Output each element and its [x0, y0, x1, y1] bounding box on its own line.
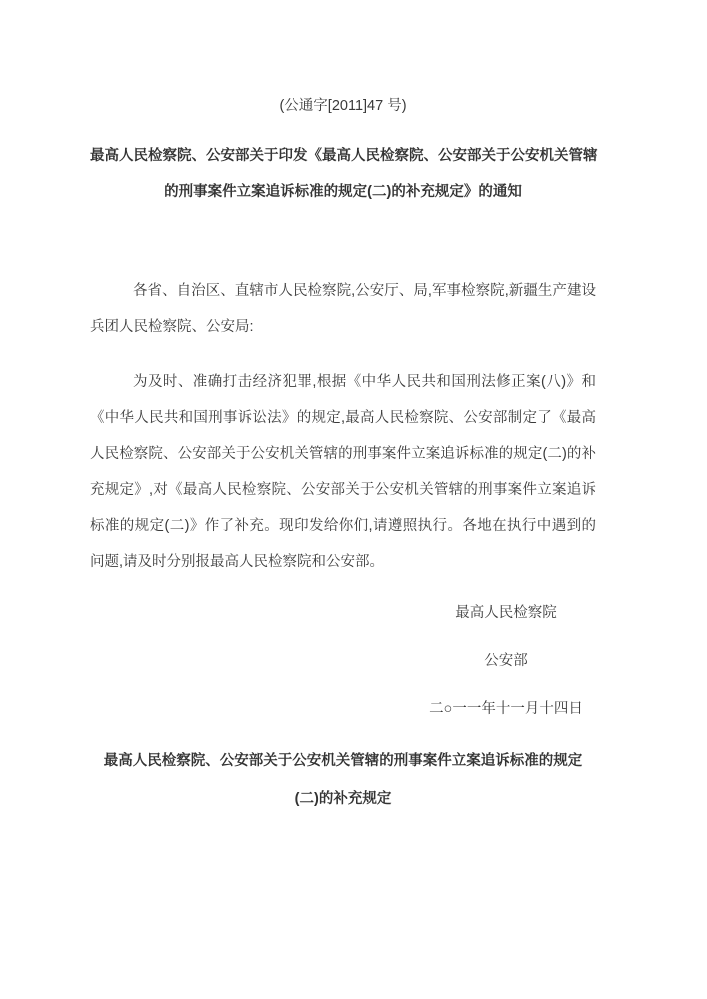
- notice-title: 最高人民检察院、公安部关于印发《最高人民检察院、公安部关于公安机关管辖 的刑事案…: [90, 138, 596, 210]
- notice-title-line-1: 最高人民检察院、公安部关于印发《最高人民检察院、公安部关于公安机关管辖: [90, 138, 596, 174]
- body-paragraph: 为及时、准确打击经济犯罪,根据《中华人民共和国刑法修正案(八)》和《中华人民共和…: [90, 364, 596, 580]
- regulation-title: 最高人民检察院、公安部关于公安机关管辖的刑事案件立案追诉标准的规定 (二)的补充…: [90, 742, 596, 818]
- regulation-title-line-2: (二)的补充规定: [90, 780, 596, 818]
- regulation-title-line-1: 最高人民检察院、公安部关于公安机关管辖的刑事案件立案追诉标准的规定: [90, 742, 596, 780]
- doc-number: (公通字[2011]47 号): [90, 88, 596, 124]
- notice-title-line-2: 的刑事案件立案追诉标准的规定(二)的补充规定》的通知: [90, 174, 596, 210]
- signature-date: 二○一一年十一月十四日: [416, 691, 596, 727]
- signature-issuer-1: 最高人民检察院: [416, 595, 596, 631]
- signature-block: 最高人民检察院 公安部 二○一一年十一月十四日: [416, 595, 596, 727]
- document-page: (公通字[2011]47 号) 最高人民检察院、公安部关于印发《最高人民检察院、…: [0, 0, 707, 999]
- salutation-paragraph: 各省、自治区、直辖市人民检察院,公安厅、局,军事检察院,新疆生产建设兵团人民检察…: [90, 273, 596, 345]
- signature-issuer-2: 公安部: [416, 643, 596, 679]
